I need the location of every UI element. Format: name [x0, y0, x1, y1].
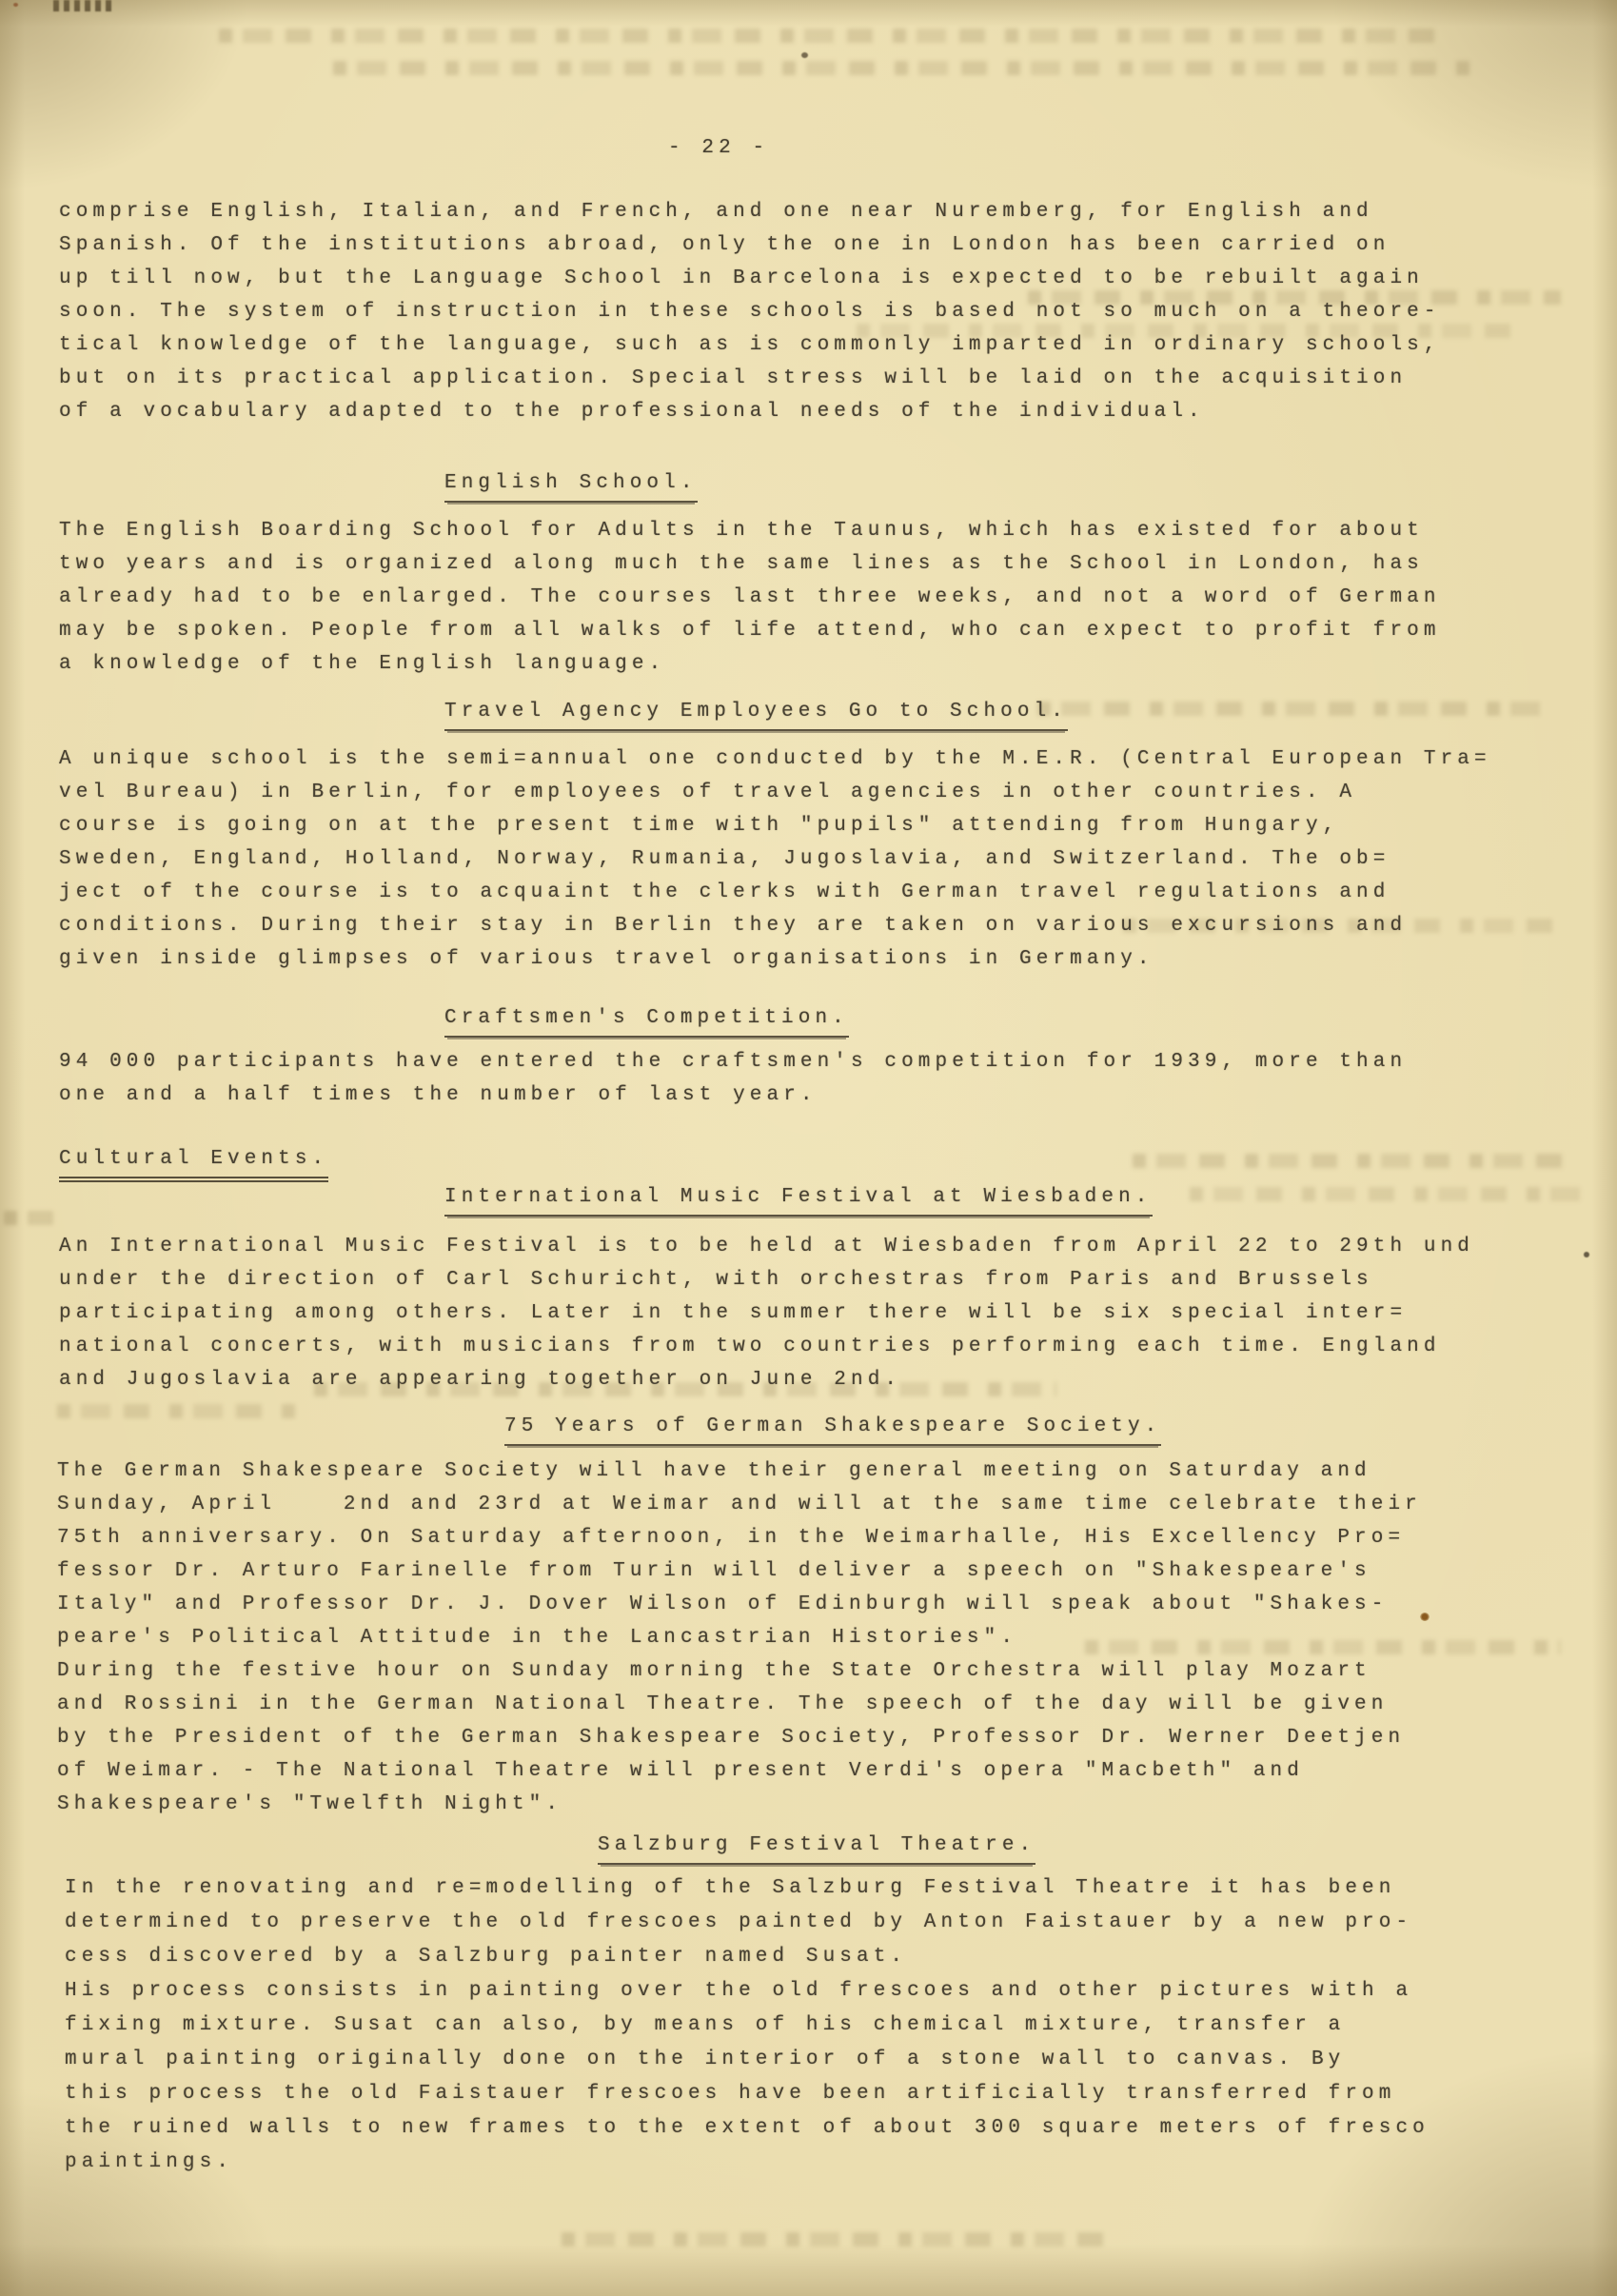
- heading-salzburg-festival-theatre: Salzburg Festival Theatre.: [598, 1829, 1035, 1865]
- ink-speck: [13, 3, 18, 7]
- travel-agency-paragraph: A unique school is the semi=annual one c…: [59, 742, 1491, 976]
- heading-travel-agency-school: Travel Agency Employees Go to School.: [444, 695, 1068, 731]
- salzburg-theatre-paragraph: In the renovating and re=modelling of th…: [65, 1871, 1430, 2180]
- english-school-paragraph: The English Boarding School for Adults i…: [59, 514, 1441, 681]
- heading-cultural-events: Cultural Events.: [59, 1142, 328, 1182]
- music-festival-paragraph: An International Music Festival is to be…: [59, 1230, 1474, 1396]
- intro-paragraph: comprise English, Italian, and French, a…: [59, 195, 1441, 428]
- heading-english-school: English School.: [444, 466, 698, 503]
- scanned-document-page: - 22 - comprise English, Italian, and Fr…: [0, 0, 1617, 2296]
- show-through-smudge: [1037, 702, 1542, 716]
- heading-music-festival: International Music Festival at Wiesbade…: [444, 1180, 1153, 1217]
- heading-craftsmens-competition: Craftsmen's Competition.: [444, 1001, 849, 1038]
- show-through-smudge: [333, 61, 1475, 75]
- show-through-smudge: [1190, 1187, 1589, 1201]
- foxing-spot: [1420, 1613, 1430, 1621]
- show-through-smudge: [1133, 1154, 1580, 1168]
- heading-shakespeare-society: 75 Years of German Shakespeare Society.: [504, 1410, 1161, 1446]
- page-number: - 22 -: [668, 131, 769, 165]
- ink-speck: [801, 52, 808, 58]
- show-through-smudge: [57, 1404, 305, 1418]
- craftsmens-competition-paragraph: 94 000 participants have entered the cra…: [59, 1045, 1407, 1112]
- shakespeare-society-paragraph: The German Shakespeare Society will have…: [57, 1455, 1422, 1821]
- show-through-smudge: [562, 2232, 1114, 2247]
- show-through-smudge: [4, 1211, 53, 1225]
- show-through-smudge: [219, 29, 1447, 43]
- ink-speck: [1584, 1252, 1589, 1257]
- corner-print-fragment: [53, 0, 116, 11]
